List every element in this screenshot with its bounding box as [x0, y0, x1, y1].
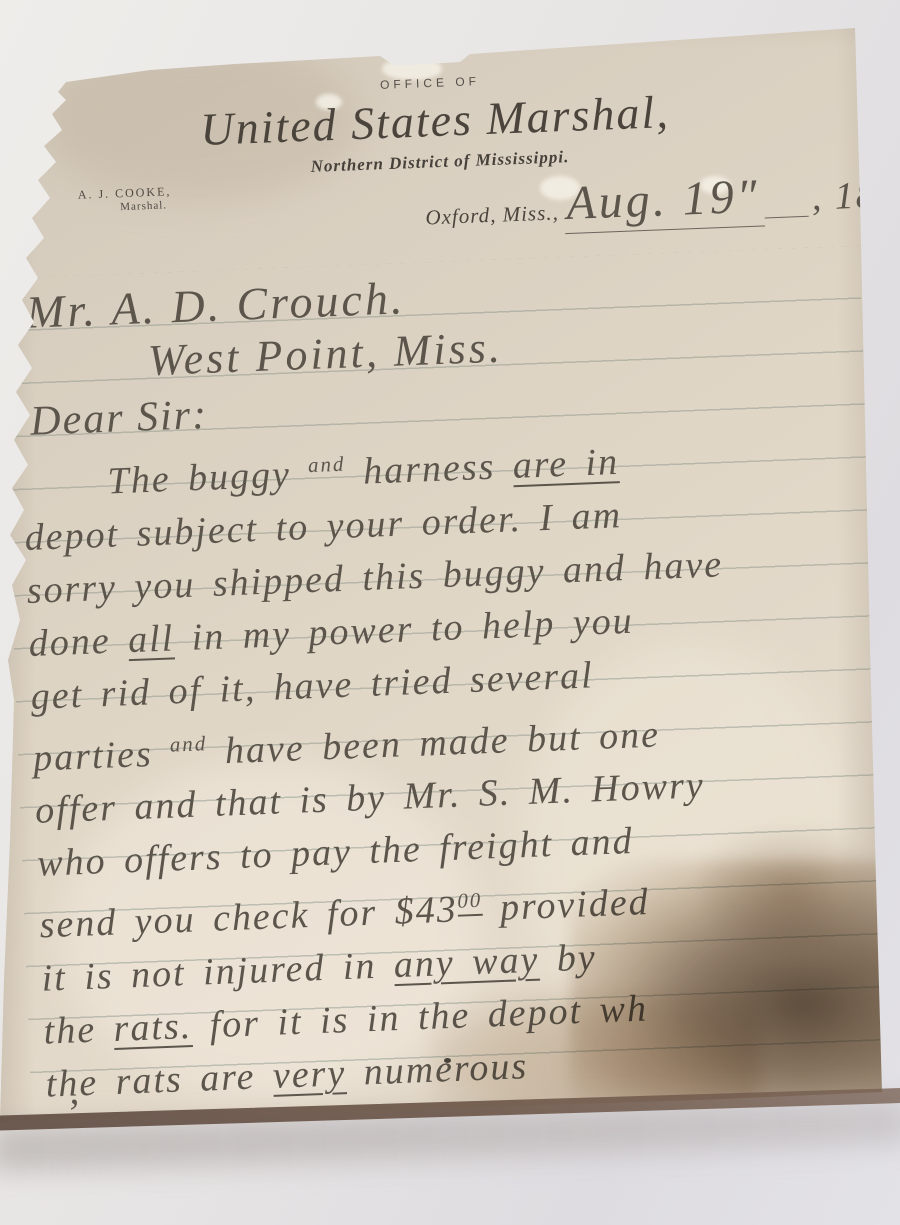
letter-text-segment: 00 — [457, 888, 483, 913]
letter-text-segment: parties — [32, 732, 171, 779]
letter-text-segment: for it is in the depot wh — [191, 987, 648, 1046]
letter-text-segment: are in — [512, 441, 620, 487]
dateline-printed: Oxford, Miss., — [425, 200, 559, 230]
letter-text-segment: by — [539, 936, 598, 980]
letter-text-segment: harness — [345, 445, 514, 493]
dateline-rule — [764, 216, 808, 219]
letter-text-segment: and — [169, 731, 207, 756]
letter-text-segment: all — [127, 617, 175, 661]
letter-text-segment: it is not injured in — [41, 944, 395, 999]
dateline-handwritten-year: , 1897 — [811, 172, 900, 220]
letter-text-segment: provided — [482, 881, 651, 929]
letter-photo: OFFICE OF United States Marshal, Norther… — [0, 0, 900, 1225]
salutation-line: Dear Sir: — [29, 391, 209, 446]
letter-text-segment: done — [28, 619, 129, 665]
dateline: Oxford, Miss., Aug. 19″ , 1897 — [424, 163, 900, 240]
letter-text-segment: the — [43, 1008, 114, 1053]
letter-text-segment: very — [272, 1052, 347, 1097]
letter-text-segment: numerous — [345, 1045, 528, 1094]
stray-comma-mark: , — [68, 1066, 80, 1113]
ruled-writing-area: Mr. A. D. Crouch. West Point, Miss. Dear… — [0, 246, 890, 1088]
official-title: Marshal. — [120, 199, 172, 213]
letter-text-segment: send you check for $43 — [39, 889, 459, 947]
letter-text-segment: rats. — [113, 1005, 193, 1050]
letter-body: The buggy and harness are indepot subjec… — [21, 418, 881, 1112]
letter-paper: OFFICE OF United States Marshal, Norther… — [0, 0, 900, 1225]
ink-speck — [444, 1058, 451, 1063]
letterhead-official-block: A. J. COOKE, Marshal. — [78, 184, 173, 215]
dateline-handwritten-day: Aug. 19″ — [563, 168, 764, 234]
letter-text-segment: and — [308, 452, 346, 477]
letter-text-segment: The buggy — [107, 453, 309, 503]
letter-text-segment: any way — [393, 939, 540, 987]
